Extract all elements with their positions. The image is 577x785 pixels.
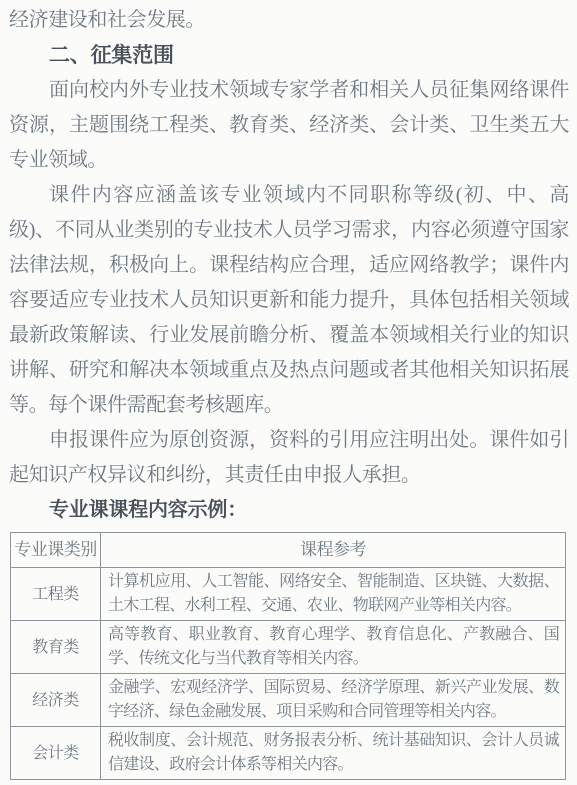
category-cell-accounting: 会计类: [11, 727, 101, 780]
course-examples-table: 专业课类别 课程参考 工程类 计算机应用、人工智能、网络安全、智能制造、区块链、…: [10, 532, 566, 780]
table-row-economics: 经济类 金融学、宏观经济学、国际贸易、经济学原理、新兴产业发展、数字经济、绿色金…: [11, 674, 566, 727]
content-cell-education: 高等教育、职业教育、教育心理学、教育信息化、产教融合、国学、传统文化与当代教育等…: [101, 621, 566, 674]
paragraph-continuation-line: 经济建设和社会发展。: [9, 3, 569, 38]
category-cell-engineering: 工程类: [11, 568, 101, 621]
content-cell-economics: 金融学、宏观经济学、国际贸易、经济学原理、新兴产业发展、数字经济、绿色金融发展、…: [101, 674, 566, 727]
table-header-course-reference: 课程参考: [101, 533, 566, 568]
section-heading-collection-scope: 二、征集范围: [9, 38, 569, 73]
table-row-accounting: 会计类 税收制度、会计规范、财务报表分析、统计基础知识、会计人员诚信建设、政府会…: [11, 727, 566, 780]
table-row-education: 教育类 高等教育、职业教育、教育心理学、教育信息化、产教融合、国学、传统文化与当…: [11, 621, 566, 674]
paragraph-collection-scope: 面向校内外专业技术领域专家学者和相关人员征集网络课件资源，主题围绕工程类、教育类…: [9, 73, 569, 178]
content-cell-engineering: 计算机应用、人工智能、网络安全、智能制造、区块链、大数据、土木工程、水利工程、交…: [101, 568, 566, 621]
paragraph-content-requirements: 课件内容应涵盖该专业领域内不同职称等级(初、中、高级)、不同从业类别的专业技术人…: [9, 178, 569, 423]
table-row-engineering: 工程类 计算机应用、人工智能、网络安全、智能制造、区块链、大数据、土木工程、水利…: [11, 568, 566, 621]
category-cell-education: 教育类: [11, 621, 101, 674]
paragraph-originality-responsibility: 申报课件应为原创资源，资料的引用应注明出处。课件如引起知识产权异议和纠纷，其责任…: [9, 423, 569, 493]
table-header-row: 专业课类别 课程参考: [11, 533, 566, 568]
content-cell-accounting: 税收制度、会计规范、财务报表分析、统计基础知识、会计人员诚信建设、政府会计体系等…: [101, 727, 566, 780]
table-header-category: 专业课类别: [11, 533, 101, 568]
document-page: 经济建设和社会发展。 二、征集范围 面向校内外专业技术领域专家学者和相关人员征集…: [0, 0, 577, 785]
category-cell-economics: 经济类: [11, 674, 101, 727]
table-caption: 专业课课程内容示例：: [9, 493, 569, 528]
